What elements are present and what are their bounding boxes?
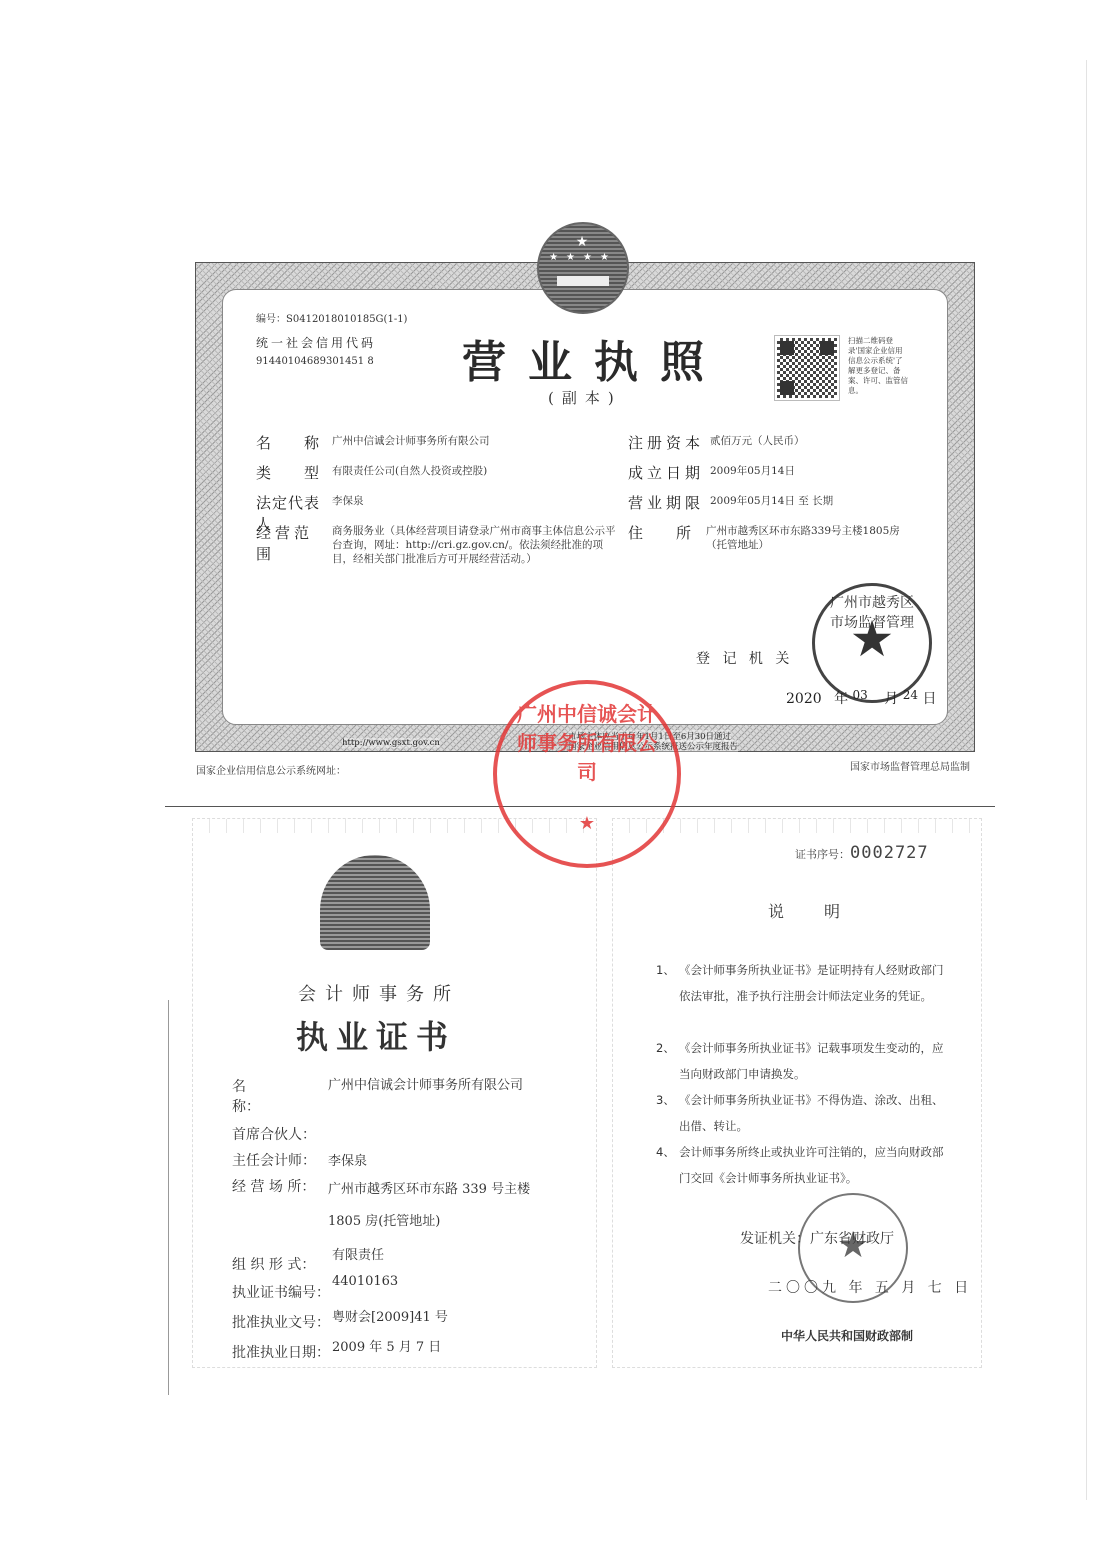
- field-label-term: 营业期限: [628, 492, 708, 513]
- ministry-maker: 中华人民共和国财政部制: [781, 1327, 913, 1344]
- registration-authority-label: 登 记 机 关: [696, 648, 793, 668]
- cert-value-org-form: 有限责任: [332, 1244, 384, 1263]
- cert-label-premises: 经 营 场 所：: [232, 1176, 315, 1196]
- footer-url: http://www.gsxt.gov.cn: [342, 738, 440, 748]
- field-label-type: 类 型: [256, 462, 328, 483]
- margin-rule: [168, 1000, 169, 1395]
- certificate-heading-small: 会计师事务所: [298, 980, 460, 1006]
- cert-label-approval-date: 批准执业日期：: [232, 1342, 330, 1362]
- issuer: 发证机关：广东省财政厅: [740, 1228, 894, 1248]
- cert-value-approval-doc: 粤财会[2009]41 号: [332, 1306, 448, 1325]
- note-item: 1、《会计师事务所执业证书》是证明持有人经财政部门依法审批，准予执行注册会计师法…: [656, 957, 946, 1009]
- notes-title: 说 明: [768, 899, 852, 922]
- license-subtitle: (副本): [548, 387, 622, 408]
- cert-value-cert-no: 44010163: [332, 1274, 398, 1289]
- field-label-address: 住 所: [628, 522, 708, 543]
- credit-code-value: 91440104689301451 8: [256, 356, 374, 367]
- cert-value-approval-date: 2009 年 5 月 7 日: [332, 1336, 441, 1355]
- qr-code-icon: [775, 336, 839, 400]
- field-label-scope: 经营范围: [256, 522, 328, 564]
- field-value-scope: 商务服务业（具体经营项目请登录广州市商事主体信息公示平台查询，网址：http:/…: [332, 524, 616, 566]
- field-value-established: 2009年05月14日: [710, 464, 920, 478]
- cert-label-chief-partner: 首席合伙人：: [232, 1124, 316, 1144]
- company-red-seal: 广州中信诚会计师事务所有限公司 ★: [493, 680, 681, 868]
- note-item: 4、会计师事务所终止或执业许可注销的，应当向财政部门交回《会计师事务所执业证书》…: [656, 1139, 946, 1191]
- gsxt-site-label: 国家企业信用信息公示系统网址：: [196, 762, 346, 777]
- cert-value-premises-2: 1805 房(托管地址): [328, 1210, 440, 1229]
- national-emblem-icon: ★★★★★: [537, 222, 629, 314]
- cert-label-name: 名 称：: [232, 1076, 327, 1116]
- note-item: 3、《会计师事务所执业证书》不得伪造、涂改、出租、出借、转让。: [656, 1087, 946, 1139]
- field-value-capital: 贰佰万元（人民币）: [710, 434, 920, 448]
- license-number: 编号：S0412018010185G(1-1): [256, 310, 407, 325]
- registration-seal: 广州市越秀区市场监督管理局 ★: [812, 583, 932, 703]
- certificate-serial: 证书序号：0002727: [795, 843, 929, 863]
- issue-date: 二〇〇九 年 五 月 七 日: [768, 1277, 972, 1297]
- supervisor-label: 国家市场监督管理总局监制: [850, 758, 970, 773]
- cert-value-name: 广州中信诚会计师事务所有限公司: [328, 1074, 523, 1093]
- cert-value-director: 李保泉: [328, 1150, 367, 1169]
- field-label-established: 成立日期: [628, 462, 708, 483]
- field-value-address: 广州市越秀区环市东路339号主楼1805房（托管地址）: [706, 524, 916, 552]
- page-edge: [1086, 60, 1087, 1500]
- cert-label-approval-doc: 批准执业文号：: [232, 1312, 330, 1332]
- cert-label-org-form: 组 织 形 式：: [232, 1254, 315, 1274]
- field-label-capital: 注册资本: [628, 432, 708, 453]
- field-value-type: 有限责任公司(自然人投资或控股): [332, 464, 612, 478]
- credit-code-label: 统一社会信用代码: [256, 334, 376, 351]
- cert-value-premises: 广州市越秀区环市东路 339 号主楼: [328, 1178, 530, 1197]
- field-value-legal-rep: 李保泉: [332, 494, 612, 508]
- field-value-name: 广州中信诚会计师事务所有限公司: [332, 434, 612, 448]
- qr-note: 扫描二维码登录'国家企业信用信息公示系统'了解更多登记、备案、许可、监管信息。: [848, 336, 908, 396]
- license-title: 营业执照: [462, 326, 726, 390]
- cert-label-director: 主任会计师：: [232, 1150, 316, 1170]
- field-label-name: 名 称: [256, 432, 328, 453]
- cert-label-cert-no: 执业证书编号：: [232, 1282, 330, 1302]
- star-icon: ★: [497, 813, 677, 834]
- license-date: 2020 年 03 月 24 日: [786, 688, 936, 708]
- field-value-term: 2009年05月14日 至 长期: [710, 494, 920, 508]
- certificate-heading-large: 执业证书: [296, 1012, 456, 1058]
- star-icon: ★: [815, 614, 929, 664]
- note-item: 2、《会计师事务所执业证书》记载事项发生变动的，应当向财政部门申请换发。: [656, 1035, 946, 1087]
